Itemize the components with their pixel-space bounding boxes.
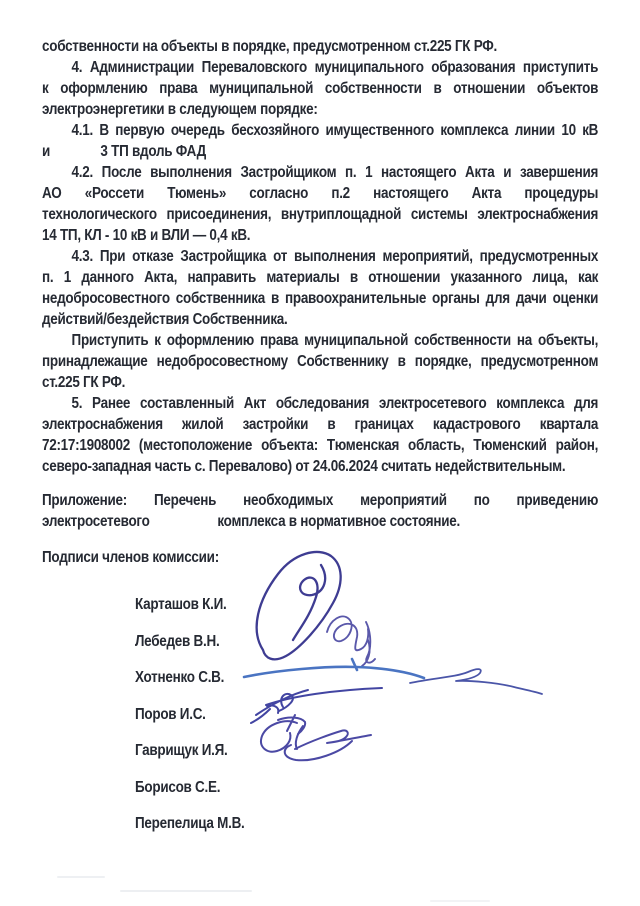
commission-member-name: Лебедев В.Н. xyxy=(135,631,598,652)
text-fragment: 3 ТП вдоль ФАД xyxy=(100,141,206,162)
commission-member-name: Поров И.С. xyxy=(135,704,598,725)
commission-member-name: Карташов К.И. xyxy=(135,594,598,615)
text-line: электросетевогокомплекса в нормативное с… xyxy=(42,511,598,532)
text-line: электроснабжения жилой застройки в грани… xyxy=(42,414,598,435)
text-line: 4.3. При отказе Застройщика от выполнени… xyxy=(42,246,598,267)
text-line: технологического присоединения, внутрипл… xyxy=(42,204,598,225)
signatures-heading: Подписи членов комиссии: xyxy=(42,547,598,568)
text-line: действий/бездействия Собственника. xyxy=(42,309,598,330)
commission-member-name: Гаврищук И.Я. xyxy=(135,740,598,761)
text-line: п. 1 данного Акта, направить материалы в… xyxy=(42,267,598,288)
text-fragment: электросетевого xyxy=(42,513,150,530)
text-line: ст.225 ГК РФ. xyxy=(42,372,598,393)
attachment-note: Приложение: Перечень необходимых меропри… xyxy=(42,490,598,532)
text-line: северо-западная часть с. Перевалово) от … xyxy=(42,456,598,477)
commission-member-name: Борисов С.Е. xyxy=(135,777,598,798)
text-line: к оформлению права муниципальной собстве… xyxy=(42,78,598,99)
commission-members-list: Карташов К.И. Лебедев В.Н. Хотненко С.В.… xyxy=(42,594,598,834)
text-line: АО «Россети Тюмень» согласно п.2 настоящ… xyxy=(42,183,598,204)
clause-4-3: 4.3. При отказе Застройщика от выполнени… xyxy=(42,246,598,330)
text-line: 72:17:1908002 (местоположение объекта: Т… xyxy=(42,435,598,456)
text-fragment: и xyxy=(42,143,50,160)
text-line: 4.1. В первую очередь бесхозяйного имуще… xyxy=(42,120,598,141)
document-page: собственности на объекты в порядке, пред… xyxy=(0,0,640,906)
text-line: Приложение: Перечень необходимых меропри… xyxy=(42,490,598,511)
paragraph-5: 5. Ранее составленный Акт обследования э… xyxy=(42,393,598,477)
text-line: 14 ТП, КЛ - 10 кВ и ВЛИ — 0,4 кВ. xyxy=(42,225,598,246)
scan-artifact xyxy=(430,900,490,902)
text-line: Приступить к оформлению права муниципаль… xyxy=(42,330,598,351)
text-line: недобросовестного собственника в правоох… xyxy=(42,288,598,309)
paragraph-4: 4. Администрации Переваловского муниципа… xyxy=(42,57,598,120)
clause-4-3-continuation: Приступить к оформлению права муниципаль… xyxy=(42,330,598,393)
text-line: собственности на объекты в порядке, пред… xyxy=(42,36,598,57)
text-line: 4. Администрации Переваловского муниципа… xyxy=(42,57,598,78)
paragraph-continuation: собственности на объекты в порядке, пред… xyxy=(42,36,598,57)
commission-member-name: Хотненко С.В. xyxy=(135,667,598,688)
text-line: принадлежащие недобросовестному Собствен… xyxy=(42,351,598,372)
text-line: и3 ТП вдоль ФАД xyxy=(42,141,598,162)
clause-4-1: 4.1. В первую очередь бесхозяйного имуще… xyxy=(42,120,598,162)
clause-4-2: 4.2. После выполнения Застройщиком п. 1 … xyxy=(42,162,598,246)
scan-artifact xyxy=(57,876,105,878)
scan-artifact xyxy=(120,890,252,892)
commission-member-name: Перепелица М.В. xyxy=(135,813,598,834)
text-line: электроэнергетики в следующем порядке: xyxy=(42,99,598,120)
text-line: 5. Ранее составленный Акт обследования э… xyxy=(42,393,598,414)
text-line: 4.2. После выполнения Застройщиком п. 1 … xyxy=(42,162,598,183)
text-fragment: комплекса в нормативное состояние. xyxy=(217,511,460,532)
text-column: собственности на объекты в порядке, пред… xyxy=(42,36,598,850)
